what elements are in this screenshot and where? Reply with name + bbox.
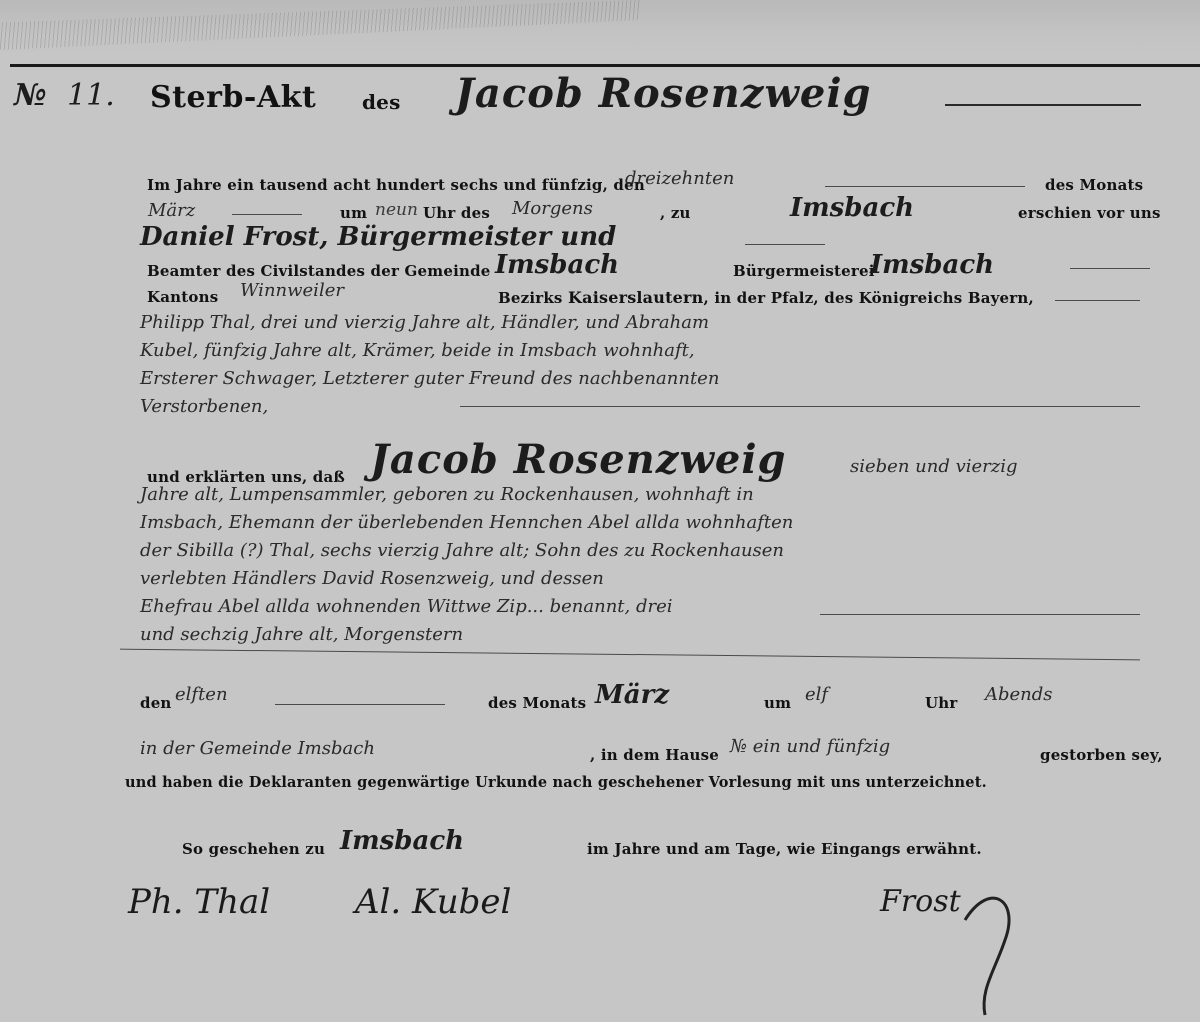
- hand-hour: neun: [375, 200, 418, 220]
- printed-erschien: erschien vor uns: [1018, 204, 1161, 222]
- printed-closing: und haben die Deklaranten gegenwärtige U…: [125, 774, 987, 791]
- printed-buergermeisterei: Bürgermeisterei: [733, 262, 875, 280]
- printed-um-2: um: [764, 694, 791, 712]
- witness-line-1: Philipp Thal, drei und vierzig Jahre alt…: [140, 312, 709, 333]
- hand-death-month: März: [595, 680, 669, 710]
- witness-line-4: Verstorbenen,: [140, 396, 268, 417]
- hand-death-day: elften: [175, 684, 228, 705]
- printed-bezirks: Bezirks Kaiserslautern, in der Pfalz, de…: [498, 288, 1034, 307]
- printed-des-monats: des Monats: [1045, 176, 1143, 194]
- printed-uhr-des: Uhr des: [423, 204, 490, 222]
- printed-kantons: Kantons: [147, 288, 218, 306]
- fill-rule: [232, 214, 302, 215]
- fill-rule: [745, 244, 825, 245]
- printed-in-dem-hause: , in dem Hause: [590, 746, 719, 764]
- printed-bezirks-label: Bezirks: [498, 289, 563, 307]
- top-rule: [10, 64, 1200, 67]
- scan-edge-shadow: [0, 0, 1200, 60]
- declaration-line-2: Imsbach, Ehemann der überlebenden Hennch…: [140, 512, 793, 533]
- record-title-des: des: [362, 90, 401, 114]
- hand-day: dreizehnten: [625, 168, 734, 189]
- record-title: Sterb-Akt: [150, 80, 316, 115]
- witness-line-2: Kubel, fünfzig Jahre alt, Krämer, beide …: [140, 340, 695, 361]
- hand-place: Imsbach: [790, 193, 914, 223]
- hand-house-number: № ein und fünfzig: [730, 736, 890, 757]
- witness-line-3: Ersterer Schwager, Letzterer guter Freun…: [140, 368, 719, 389]
- record-number: 11.: [67, 78, 115, 113]
- printed-den: den: [140, 694, 172, 712]
- hand-official: Daniel Frost, Bürgermeister und: [140, 222, 616, 252]
- printed-uhr-2: Uhr: [925, 694, 958, 712]
- declaration-line-1: Jahre alt, Lumpensammler, geboren zu Roc…: [140, 484, 754, 505]
- printed-line1: Im Jahre ein tausend acht hundert sechs …: [147, 176, 645, 194]
- declaration-line-5: Ehefrau Abel allda wohnenden Wittwe Zip.…: [140, 596, 673, 617]
- hand-death-daytime: Abends: [985, 684, 1053, 705]
- declaration-line-0: sieben und vierzig: [850, 456, 1018, 477]
- fill-rule: [1070, 268, 1150, 269]
- hand-death-place: in der Gemeinde Imsbach: [140, 738, 375, 759]
- deceased-name-header: Jacob Rosenzweig: [455, 70, 872, 117]
- printed-zu: , zu: [660, 204, 691, 222]
- printed-so-geschehen: So geschehen zu: [182, 840, 325, 858]
- printed-im-jahre: im Jahre und am Tage, wie Eingangs erwäh…: [587, 840, 982, 858]
- record-number-label: № 11.: [14, 78, 115, 113]
- printed-gestorben: gestorben sey,: [1040, 746, 1163, 764]
- hand-daytime: Morgens: [512, 198, 593, 219]
- declaration-line-3: der Sibilla (?) Thal, sechs vierzig Jahr…: [140, 540, 784, 561]
- fill-rule: [825, 186, 1025, 187]
- printed-bezirk-name: Kaiserslautern: [568, 288, 704, 307]
- declaration-line-6: und sechzig Jahre alt, Morgenstern: [140, 624, 463, 645]
- signature-official: Frost: [880, 884, 961, 919]
- printed-beamter: Beamter des Civilstandes der Gemeinde: [147, 262, 491, 280]
- signature-flourish-icon: [960, 880, 1040, 1020]
- declaration-line-4: verlebten Händlers David Rosenzweig, und…: [140, 568, 604, 589]
- header-fill-rule: [945, 104, 1141, 106]
- printed-pfalz-bayern: , in der Pfalz, des Königreichs Bayern,: [704, 289, 1034, 307]
- hand-done-place: Imsbach: [340, 826, 464, 856]
- hand-month: März: [148, 200, 195, 221]
- fill-rule: [120, 649, 1140, 661]
- fill-rule: [820, 614, 1140, 615]
- number-sign: №: [14, 78, 47, 113]
- hand-buergermeisterei: Imsbach: [870, 250, 994, 280]
- printed-des-monats-2: des Monats: [488, 694, 586, 712]
- fill-rule: [275, 704, 445, 705]
- hand-death-hour: elf: [805, 684, 828, 705]
- fill-rule: [460, 406, 1140, 407]
- fill-rule: [1055, 300, 1140, 301]
- printed-um: um: [340, 204, 367, 222]
- hand-kanton: Winnweiler: [240, 280, 344, 301]
- signature-witness-2: Al. Kubel: [355, 882, 511, 922]
- hand-deceased-name: Jacob Rosenzweig: [370, 436, 787, 483]
- signature-witness-1: Ph. Thal: [128, 882, 270, 922]
- hand-gemeinde: Imsbach: [495, 250, 619, 280]
